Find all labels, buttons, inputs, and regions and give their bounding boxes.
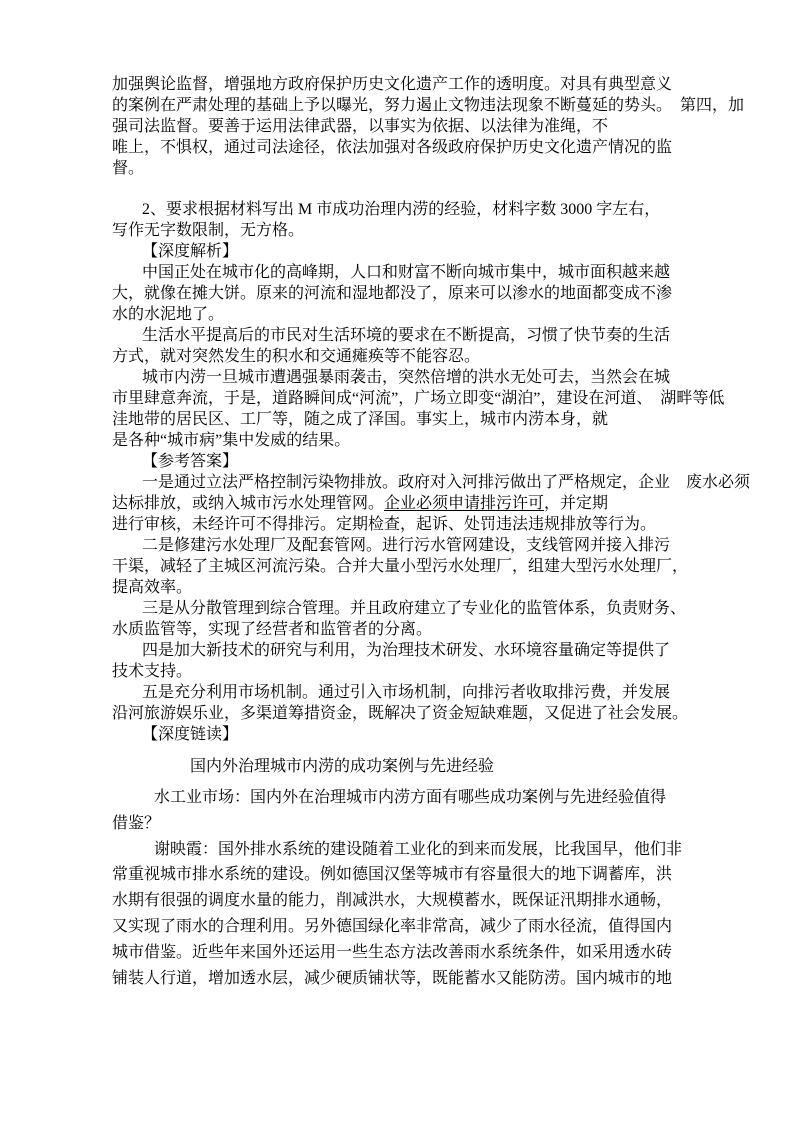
text-line: 五是充分利用市场机制。通过引入市场机制，向排污者收取排污费，并发展 [112,682,774,703]
text-line: 督。 [112,158,774,179]
text-line: 进行审核，未经许可不得排污。定期检查，起诉、处罚违法违规排放等行为。 [112,514,774,535]
paragraph-block-judicial-supervision: 加强舆论监督，增强地方政府保护历史文化遗产工作的透明度。对具有典型意义的案例在严… [112,74,774,179]
text-line: 提高效率。 [112,577,774,598]
text-line: 常重视城市排水系统的建设。例如德国汉堡等城市有容量很大的地下调蓄库，洪 [112,862,774,888]
text-line: 二是修建污水处理厂及配套管网。进行污水管网建设，支线管网并接入排污 [112,535,774,556]
text-line: 生活水平提高后的市民对生活环境的要求在不断提高，习惯了快节奏的生活 [112,325,774,346]
text-line: 一是通过立法严格控制污染物排放。政府对入河排污做出了严格规定，企业 废水必须 [112,472,774,493]
document-page: 加强舆论监督，增强地方政府保护历史文化遗产工作的透明度。对具有典型意义的案例在严… [0,0,794,1122]
text-line: 干渠，减轻了主城区河流污染。合并大量小型污水处理厂，组建大型污水处理厂， [112,556,774,577]
text-line: 市里肆意奔流，于是，道路瞬间成“河流”，广场立即变“湖泊”，建设在河道、 湖畔等… [112,388,774,409]
text-line: 借鉴？ [112,811,774,837]
text-line: 达标排放，或纳入城市污水处理管网。企业必须申请排污许可，并定期 [112,493,774,514]
text-line: 四是加大新技术的研究与利用，为治理技术研发、水环境容量确定等提供了 [112,640,774,661]
paragraph-block-interview: 水工业市场：国内外在治理城市内涝方面有哪些成功案例与先进经验值得借鉴？谢映霞：国… [112,785,774,991]
text-line: 【深度链读】 [112,724,774,745]
text-line: 大，就像在摊大饼。原来的河流和湿地都没了，原来可以渗水的地面都变成不渗 [112,283,774,304]
text-line: 加强舆论监督，增强地方政府保护历史文化遗产工作的透明度。对具有典型意义 [112,74,774,95]
text-line: 水工业市场：国内外在治理城市内涝方面有哪些成功案例与先进经验值得 [112,785,774,811]
text-line: 洼地带的居民区、工厂等，随之成了泽国。事实上，城市内涝本身，就 [112,409,774,430]
text-line: 强司法监督。要善于运用法律武器，以事实为依据、以法律为准绳，不 [112,116,774,137]
text-line: 水质监管等，实现了经营者和监管者的分离。 [112,619,774,640]
text-line: 2、要求根据材料写出 M 市成功治理内涝的经验，材料字数 3000 字左右， [112,199,774,220]
text-line: 城市内涝一旦城市遭遇强暴雨袭击，突然倍增的洪水无处可去，当然会在城 [112,367,774,388]
text-line: 【参考答案】 [112,451,774,472]
text-line: 又实现了雨水的合理利用。另外德国绿化率非常高，减少了雨水径流，值得国内 [112,914,774,940]
text-line: 铺装人行道，增加透水层，减少硬质铺状等，既能蓄水又能防涝。国内城市的地 [112,966,774,992]
text-line: 谢映霞：国外排水系统的建设随着工业化的到来而发展，比我国早，他们非 [112,837,774,863]
text-line: 的案例在严肃处理的基础上予以曝光，努力遏止文物违法现象不断蔓延的势头。 第四，加 [112,95,774,116]
text-line: 城市借鉴。近些年来国外还运用一些生态方法改善雨水系统条件，如采用透水砖 [112,940,774,966]
section-subtitle: 国内外治理城市内涝的成功案例与先进经验 [190,756,774,777]
text-segment: ，并定期 [544,495,608,512]
text-line: 三是从分散管理到综合管理。并且政府建立了专业化的监管体系，负责财务、 [112,598,774,619]
text-segment: 达标排放，或纳入城市污水处理管网。 [112,495,384,512]
text-line: 方式，就对突然发生的积水和交通瘫痪等不能容忍。 [112,346,774,367]
underlined-text: 企业必须申请排污许可 [384,495,544,512]
text-line: 写作无字数限制，无方格。 [112,220,774,241]
text-line: 唯上，不惧权，通过司法途径，依法加强对各级政府保护历史文化遗产情况的监 [112,137,774,158]
text-line: 水的水泥地了。 [112,304,774,325]
text-line: 沿河旅游娱乐业，多渠道筹措资金，既解决了资金短缺难题，又促进了社会发展。 [112,703,774,724]
text-line: 【深度解析】 [112,241,774,262]
text-line: 中国正处在城市化的高峰期，人口和财富不断向城市集中，城市面积越来越 [112,262,774,283]
paragraph-block-main-analysis: 2、要求根据材料写出 M 市成功治理内涝的经验，材料字数 3000 字左右，写作… [112,199,774,745]
text-line: 是各种“城市病”集中发威的结果。 [112,430,774,451]
text-line: 技术支持。 [112,661,774,682]
text-line: 水期有很强的调度水量的能力，削减洪水，大规模蓄水，既保证汛期排水通畅， [112,888,774,914]
